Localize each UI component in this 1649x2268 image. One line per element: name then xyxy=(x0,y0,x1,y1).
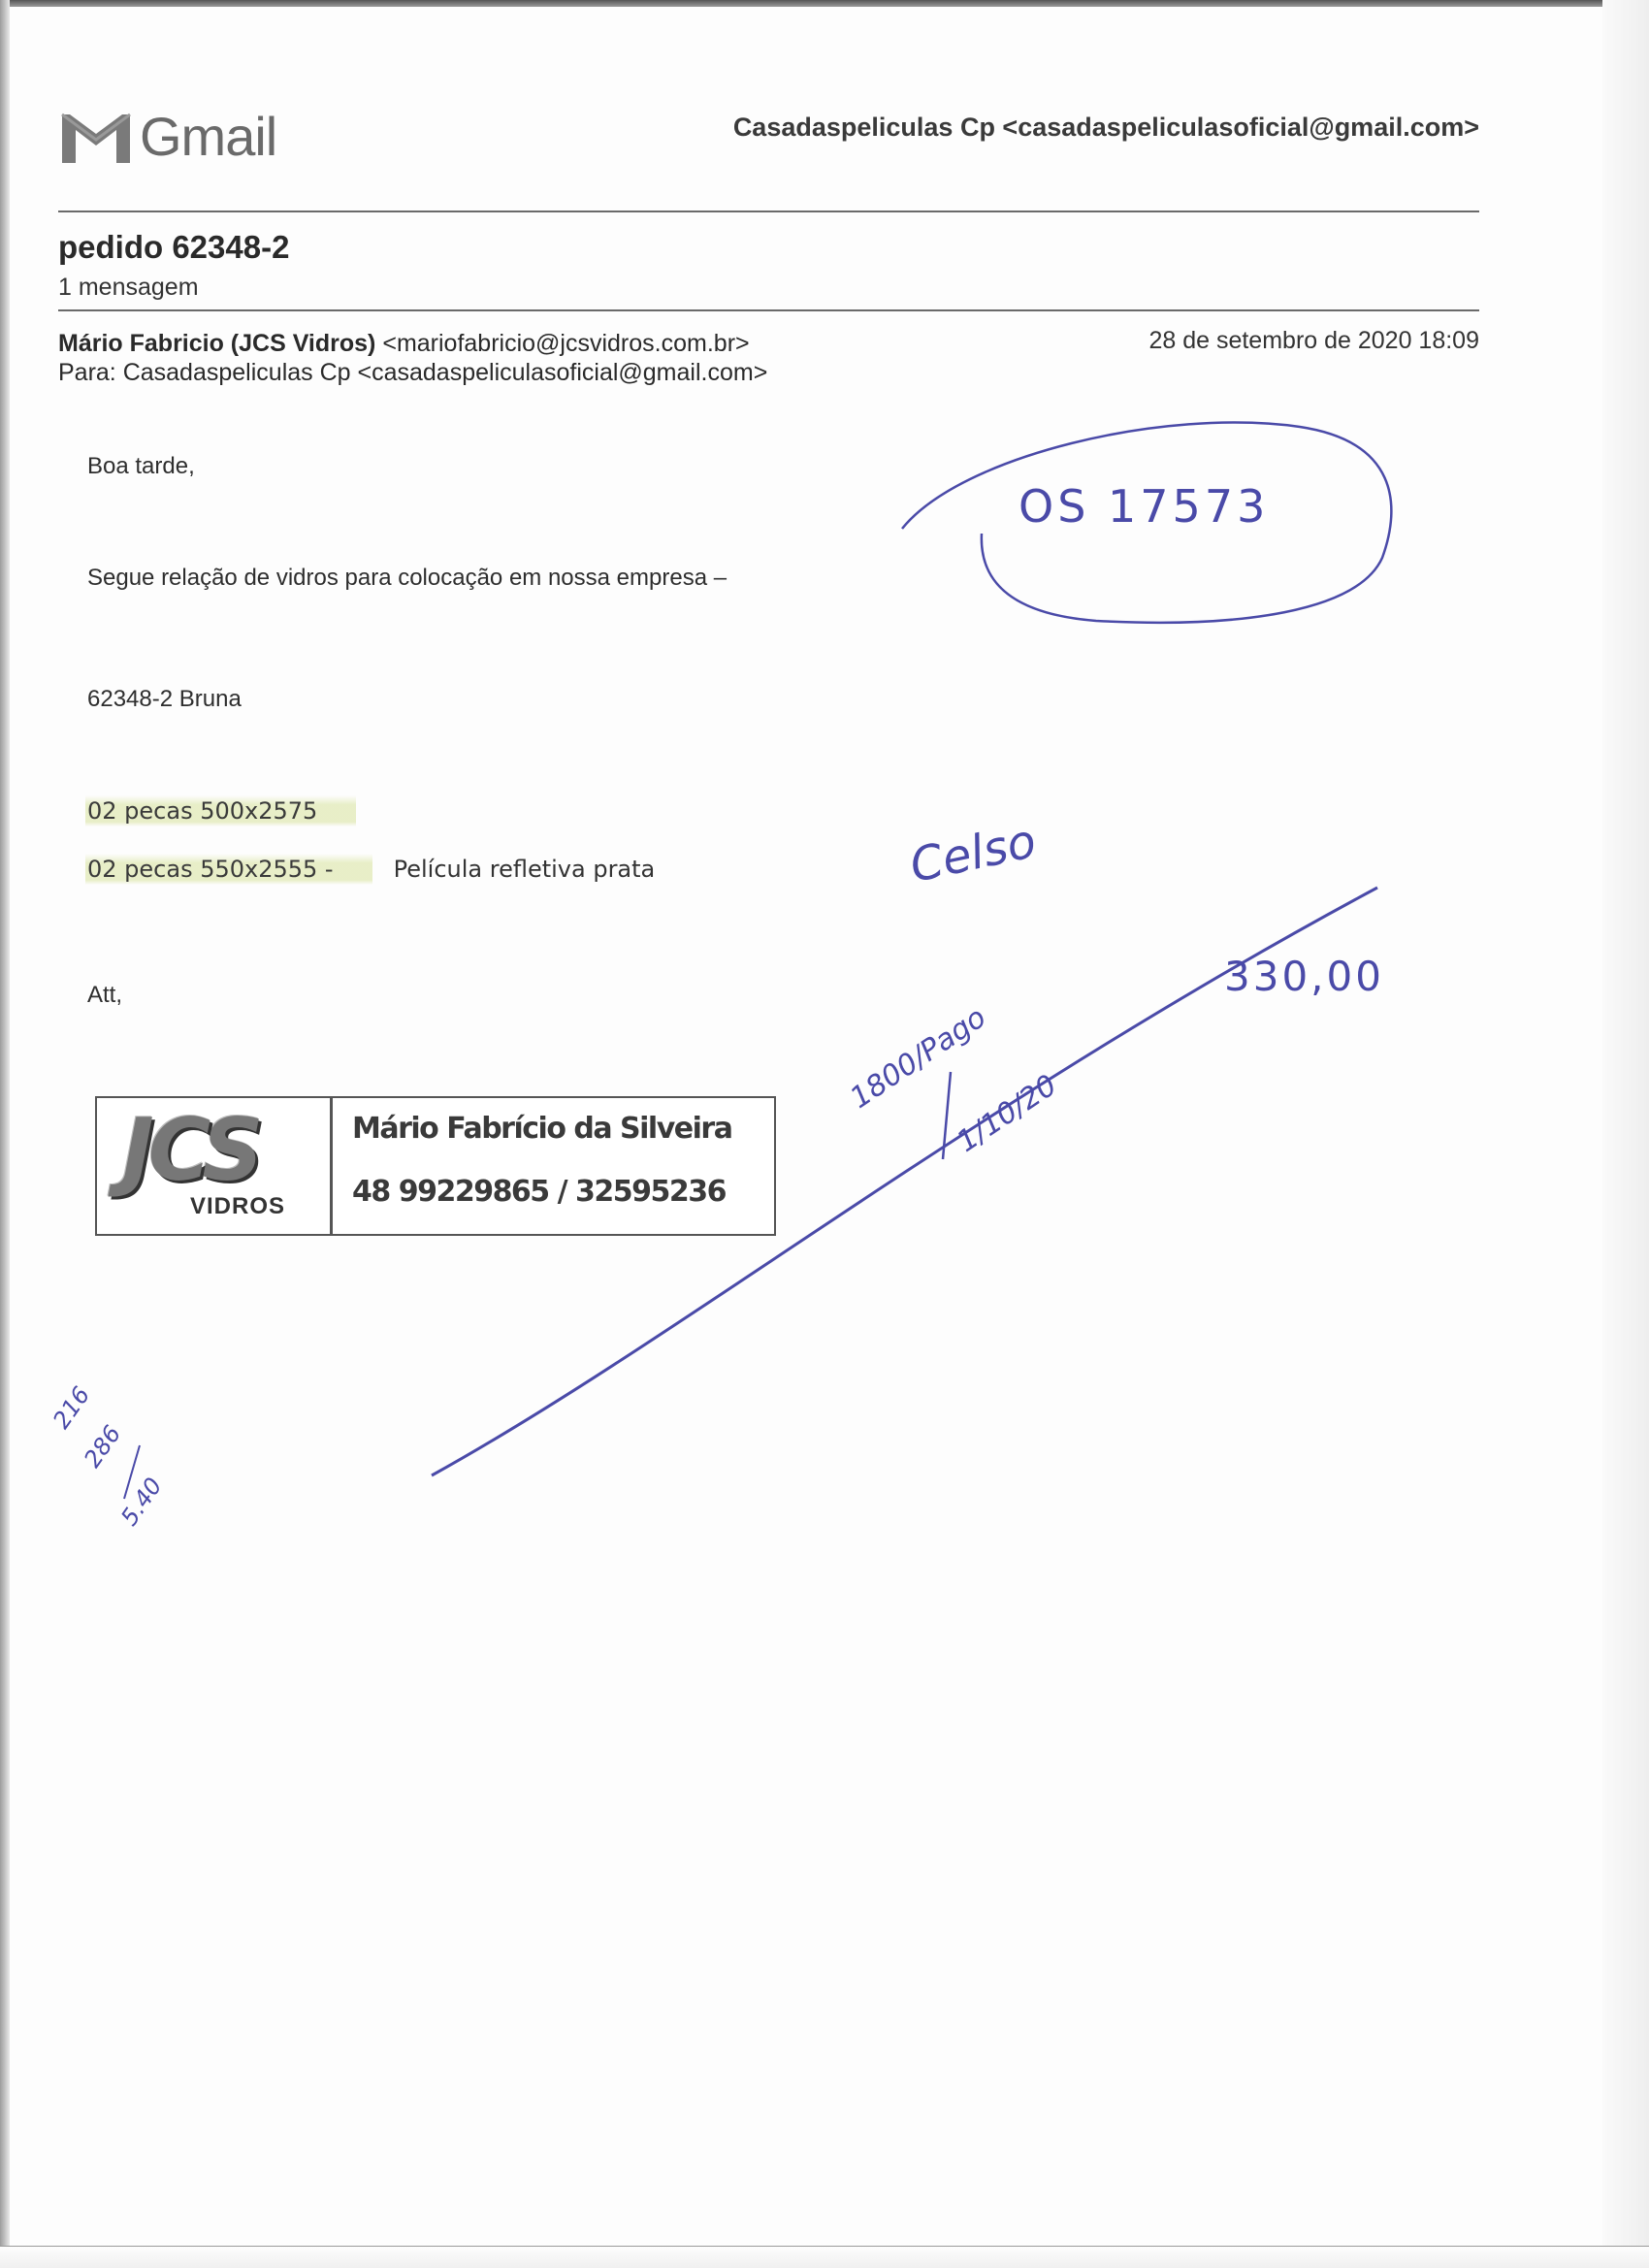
handwritten-amount: 330,00 xyxy=(1224,953,1384,1000)
signature-name: Mário Fabrício da Silveira xyxy=(352,1112,774,1146)
signature-phones: 48 99229865 / 32595236 xyxy=(352,1175,774,1209)
item-description: Película refletiva prata xyxy=(394,856,656,883)
paid-date: 1/10/20 xyxy=(951,1068,1062,1159)
gmail-wordmark: Gmail xyxy=(140,109,276,165)
closing: Att, xyxy=(87,982,122,1009)
message-date: 28 de setembro de 2020 18:09 xyxy=(1148,327,1479,355)
email-subject: pedido 62348-2 xyxy=(58,229,289,266)
signature-info: Mário Fabrício da Silveira 48 99229865 /… xyxy=(333,1098,774,1234)
paid-note: 1800/Pago xyxy=(844,1000,991,1116)
list-item: 02 pecas 550x2555 -Película refletiva pr… xyxy=(89,856,655,883)
handwritten-signature: Celso xyxy=(905,814,1041,893)
item-qty-size: 02 pecas 500x2575 xyxy=(85,795,356,826)
account-header: Casadaspeliculas Cp <casadaspeliculasofi… xyxy=(733,113,1479,143)
calc-line-2: 286 xyxy=(79,1420,126,1473)
list-item: 02 pecas 500x2575 xyxy=(89,797,356,825)
item-qty-size: 02 pecas 550x2555 - xyxy=(85,854,372,885)
scan-edge-left xyxy=(0,0,10,2268)
jcs-vidros-logo: JCS VIDROS xyxy=(97,1098,333,1234)
calc-line-1: 216 xyxy=(48,1381,95,1434)
order-reference: 62348-2 Bruna xyxy=(87,686,242,713)
intro-text: Segue relação de vidros para colocação e… xyxy=(87,565,727,592)
jcs-logo-text: JCS xyxy=(122,1104,258,1197)
scan-edge-right xyxy=(1602,0,1649,2268)
scan-edge-bottom xyxy=(0,2246,1649,2268)
calc-line-3: 5.40 xyxy=(115,1473,168,1531)
recipient-line: Para: Casadaspeliculas Cp <casadaspelicu… xyxy=(58,359,767,387)
sender-name: Mário Fabricio (JCS Vidros) xyxy=(58,330,375,357)
signature-card: JCS VIDROS Mário Fabrício da Silveira 48… xyxy=(95,1096,776,1236)
sender-line: Mário Fabricio (JCS Vidros) <mariofabric… xyxy=(58,330,750,358)
scan-edge-top xyxy=(0,0,1649,7)
greeting: Boa tarde, xyxy=(87,453,195,480)
subject-divider xyxy=(58,309,1479,311)
gmail-logo: Gmail xyxy=(58,97,276,165)
sender-email: <mariofabricio@jcsvidros.com.br> xyxy=(382,330,749,357)
jcs-logo-subtext: VIDROS xyxy=(190,1193,285,1220)
gmail-envelope-icon xyxy=(58,109,134,165)
slash-mark xyxy=(943,1072,951,1159)
os-number: OS 17573 xyxy=(1018,480,1269,533)
message-count: 1 mensagem xyxy=(58,274,199,302)
header-divider xyxy=(58,211,1479,212)
